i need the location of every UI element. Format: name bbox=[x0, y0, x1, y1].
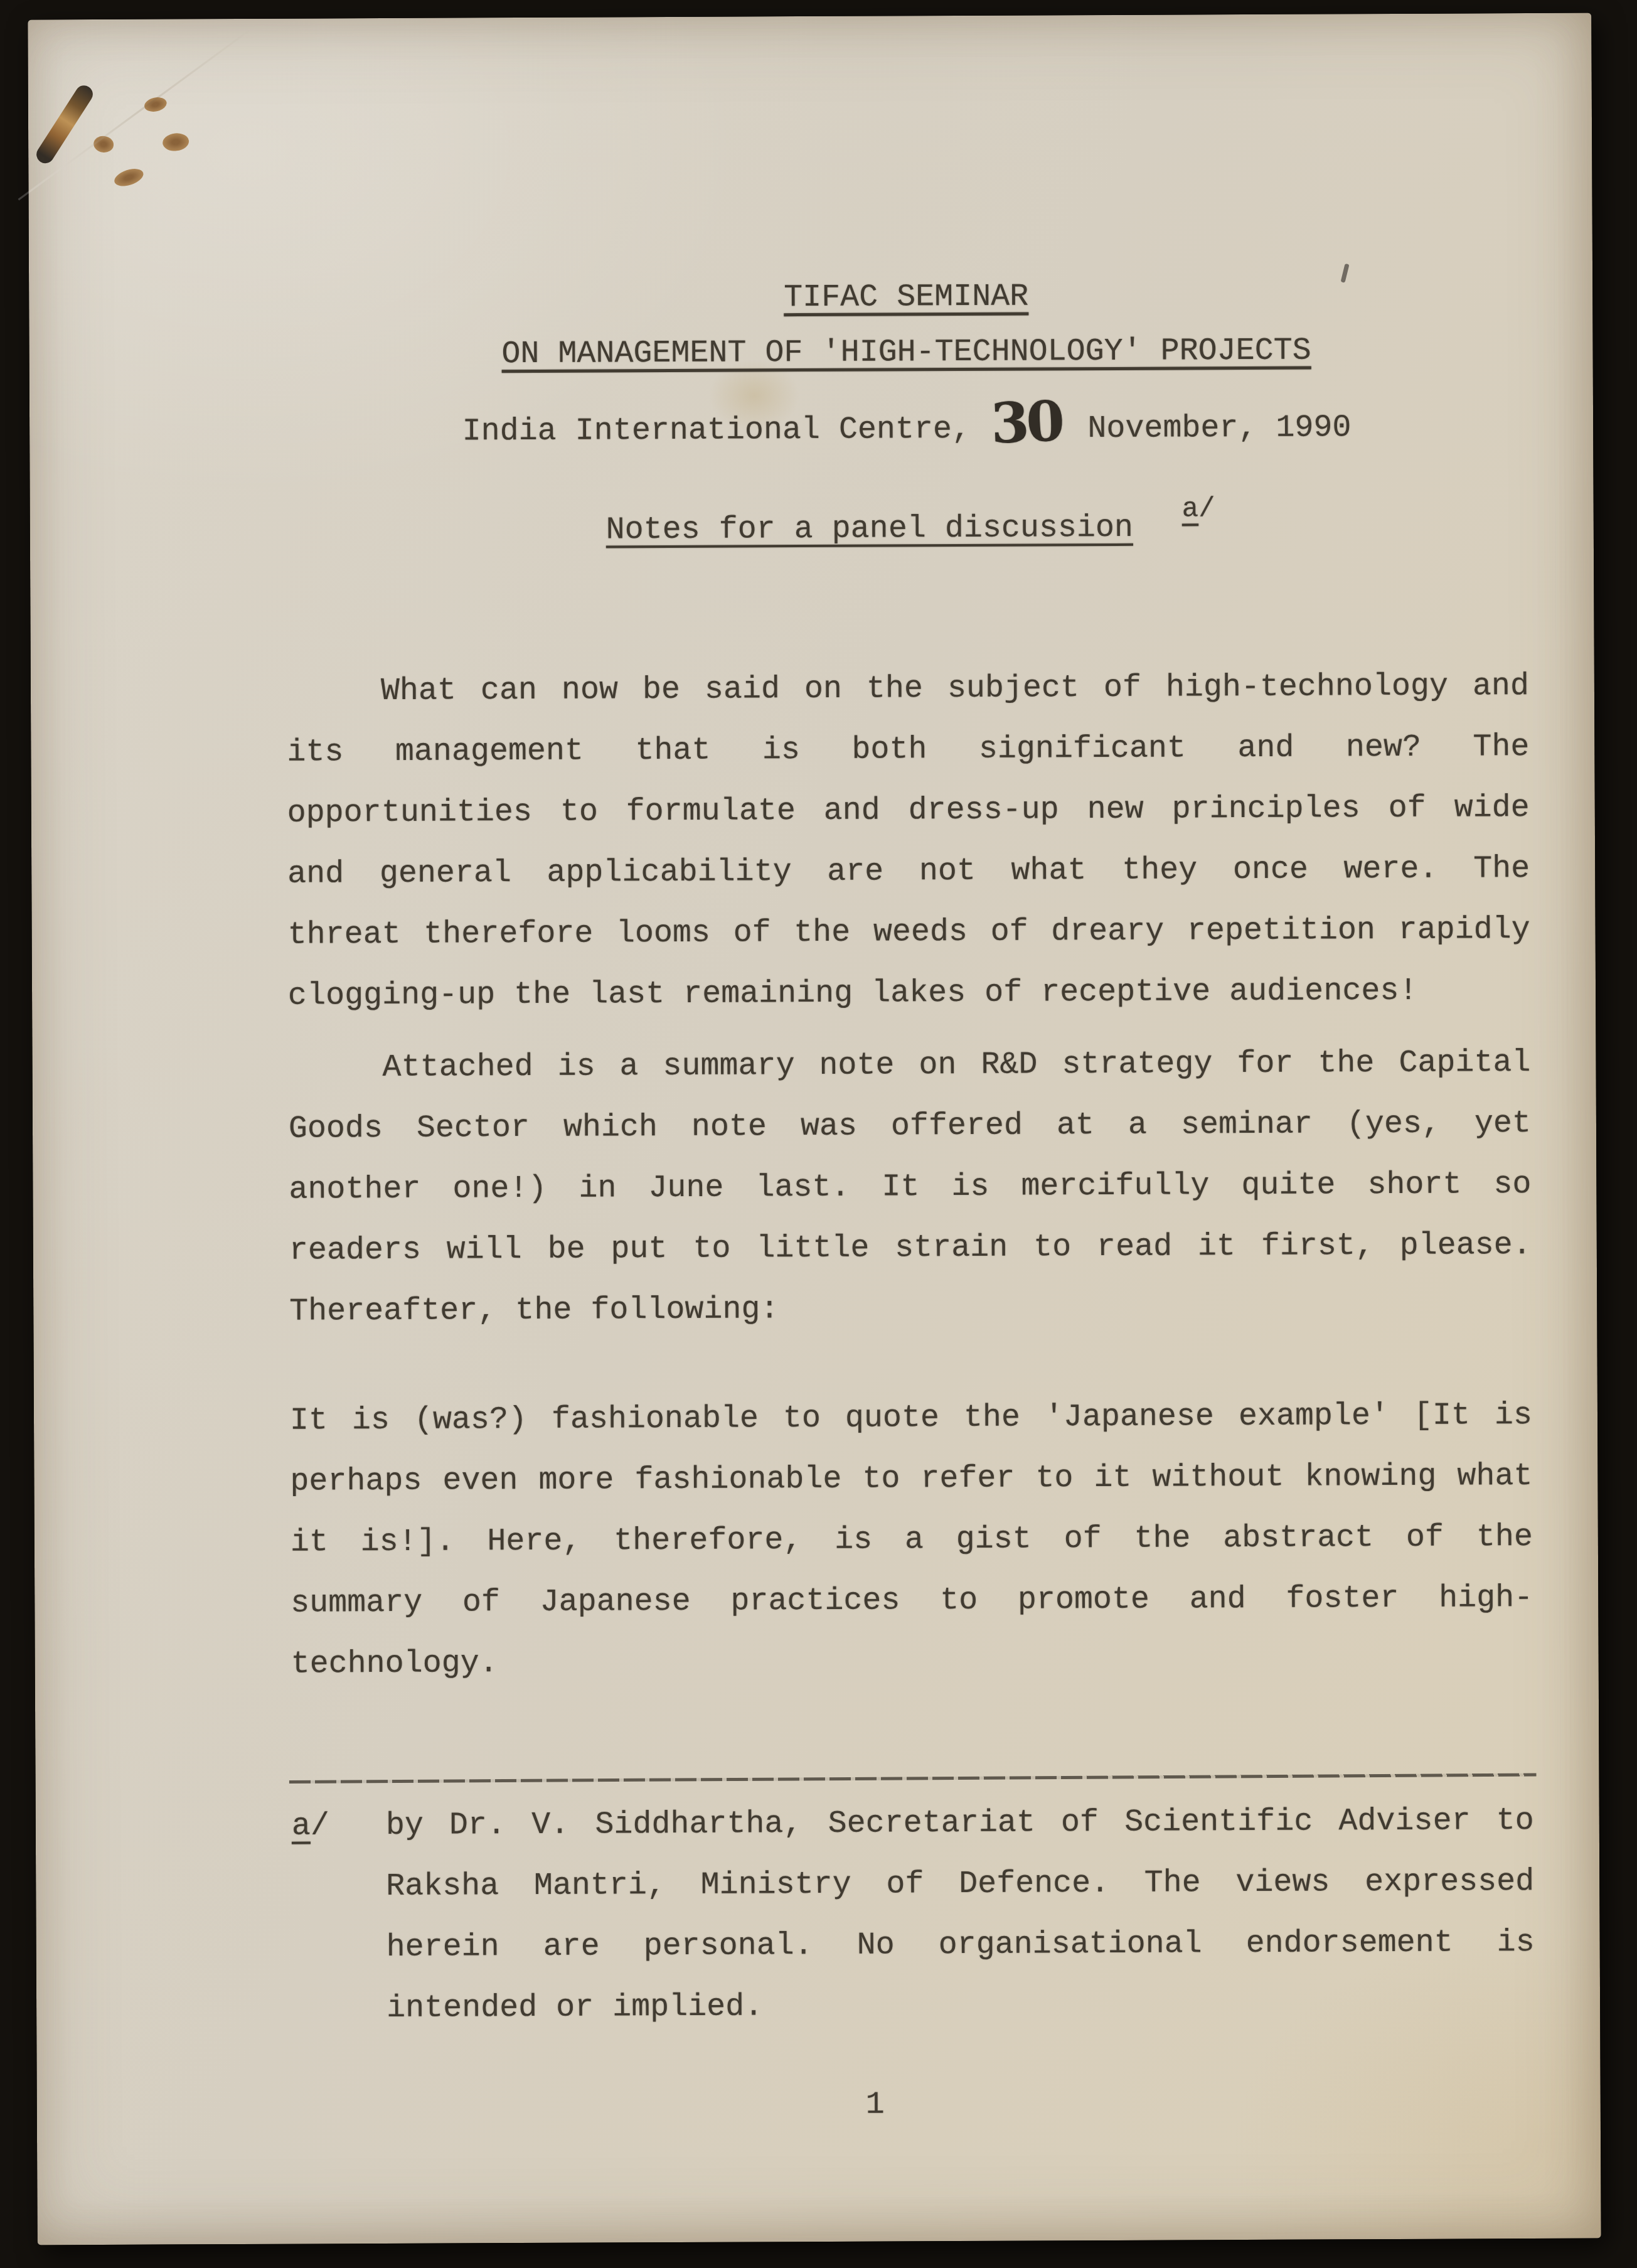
footnote-rule bbox=[289, 1773, 1537, 1784]
handwritten-date: 30 bbox=[990, 402, 1062, 442]
rust-spot bbox=[112, 166, 146, 190]
footnote-marker-slash: / bbox=[311, 1808, 329, 1844]
date-year-text: November, 1990 bbox=[1087, 410, 1351, 447]
scan-background: { "colors": { "background": "#14110d", "… bbox=[0, 0, 1637, 2268]
page-number: 1 bbox=[838, 2086, 913, 2124]
paragraph-1: What can now be said on the subject of h… bbox=[287, 656, 1531, 1027]
text-line: another one!) in June last. It is mercif… bbox=[289, 1154, 1531, 1221]
paragraph-3: It is (was?) fashionable to quote the 'J… bbox=[290, 1385, 1533, 1695]
notes-heading-text: Notes for a panel discussion bbox=[606, 510, 1133, 548]
text-line: technology. bbox=[291, 1629, 1533, 1695]
text-line: Thereafter, the following: bbox=[289, 1276, 1532, 1342]
footnote-line: herein are personal. No organisational e… bbox=[292, 1912, 1534, 1979]
text-line: readers will be put to little strain to … bbox=[289, 1215, 1532, 1281]
footnote-line: a/ by Dr. V. Siddhartha, Secretariat of … bbox=[292, 1790, 1534, 1857]
text-line: It is (was?) fashionable to quote the 'J… bbox=[290, 1385, 1532, 1452]
venue-text: India International Centre, bbox=[462, 412, 971, 450]
text-line: opportunities to formulate and dress-up … bbox=[287, 778, 1530, 844]
text-line: threat therefore looms of the weeds of d… bbox=[287, 899, 1530, 966]
document-page: TIFAC SEMINAR ON MANAGEMENT OF 'HIGH-TEC… bbox=[28, 13, 1601, 2245]
text-line: and general applicability are not what t… bbox=[287, 838, 1530, 905]
footnote-line: Raksha Mantri, Ministry of Defence. The … bbox=[292, 1851, 1534, 1918]
footnote-line: intended or implied. bbox=[292, 1973, 1535, 2040]
text-line: Attached is a summary note on R&D strate… bbox=[288, 1032, 1530, 1099]
text-line: What can now be said on the subject of h… bbox=[287, 656, 1529, 722]
text-line: summary of Japanese practices to promote… bbox=[291, 1568, 1533, 1634]
paragraph-2: Attached is a summary note on R&D strate… bbox=[288, 1032, 1532, 1342]
text-line: perhaps even more fashionable to refer t… bbox=[290, 1446, 1532, 1512]
text-line: Goods Sector which note was offered at a… bbox=[289, 1093, 1531, 1160]
footnote-text: by Dr. V. Siddhartha, Secretariat of Sci… bbox=[386, 1803, 1534, 1844]
footnote: a/ by Dr. V. Siddhartha, Secretariat of … bbox=[292, 1790, 1535, 2040]
rust-stain-streak bbox=[33, 82, 96, 167]
rust-spot bbox=[162, 132, 190, 152]
text-line: its management that is both significant … bbox=[287, 717, 1529, 783]
footnote-marker-letter: a bbox=[292, 1809, 311, 1844]
notes-heading: Notes for a panel discussion bbox=[248, 508, 1491, 551]
document-subtitle-line: ON MANAGEMENT OF 'HIGH-TECHNOLOGY' PROJE… bbox=[285, 331, 1527, 375]
text-line: it is!]. Here, therefore, is a gist of t… bbox=[291, 1507, 1533, 1573]
text-line: clogging-up the last remaining lakes of … bbox=[288, 960, 1530, 1027]
footnote-marker: a/ bbox=[292, 1795, 329, 1856]
document-title: TIFAC SEMINAR bbox=[285, 276, 1527, 319]
subtitle-text: ON MANAGEMENT OF 'HIGH-TECHNOLOGY' PROJE… bbox=[501, 333, 1311, 373]
venue-date-line: India International Centre, 30 November,… bbox=[285, 397, 1528, 452]
title-text: TIFAC SEMINAR bbox=[784, 279, 1028, 316]
